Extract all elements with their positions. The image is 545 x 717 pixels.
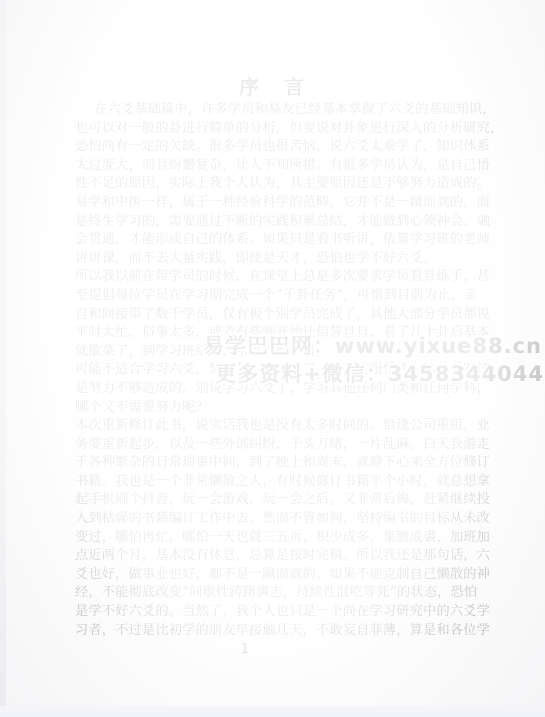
body-line: 变过，哪怕再忙，哪怕一天也就三五页，积少成多，集腋成裘，加班加 bbox=[75, 529, 479, 548]
body-line: 也可以对一般的卦进行简单的分析，但要说对卦象进行深入的分析研究， bbox=[75, 120, 479, 139]
body-line: 入到枯燥的书籍编订工作中去。然而不管如何，坚持编书的目标从未改 bbox=[75, 510, 479, 529]
body-line: 务要重新起步，以及一些外部纠纷，千头万绪，一片乱麻。白天我游走 bbox=[75, 436, 479, 455]
body-line: 起手机刷个抖音，玩一会游戏，玩一会之后，又非常后悔，赶紧继续投 bbox=[75, 491, 479, 510]
body-line: 恐怕尚有一定的欠缺。很多学员也很苦恼，说六爻太难学了，知识体系 bbox=[75, 138, 479, 157]
body-line: 点近两个月，基本没有休息，总算是按时完稿。所以我还是那句话，六 bbox=[75, 547, 479, 566]
body-line: 会贯通，才能形成自己的体系。如果只是看书听讲，依靠学习班的老师 bbox=[75, 231, 479, 250]
body-line: 太过庞大，而且纷繁复杂，让人不知所措。有很多学员认为，是自己悟 bbox=[75, 157, 479, 176]
body-line: 自和间接带了数千学员，仅有极个别学员完成了，其他大部分学员都说 bbox=[75, 306, 479, 325]
page-number: 1 bbox=[0, 642, 490, 657]
body-line: 是终生学习的，需要通过不断的实践积累总结，才能做到心领神会、融 bbox=[75, 213, 479, 232]
body-line: 至提倡每位学员在学习期完成一个“千卦任务”，可惜到目前为止，亲 bbox=[75, 287, 479, 306]
body-line: 书籍。我也是一个非常懒散之人，有时候修订书籍半个小时，就总想拿 bbox=[75, 473, 479, 492]
body-line: 本次重新修订此书，说实话我也是没有太多时间的。恰逢公司重组，业 bbox=[75, 417, 479, 436]
body-line: 性不足的原因，实际上我个人认为，其主要原因还是不够努力造成的。 bbox=[75, 175, 479, 194]
body-line: 哪个又不需要努力呢？ bbox=[75, 399, 479, 418]
body-line: 习者，不过是比初学的朋友早接触几天，不敢妄自菲薄，算是和各位学 bbox=[75, 622, 479, 641]
body-line: 爻也好，做事业也好，都不是一蹴而就的。如果不能克制自己懒散的神 bbox=[75, 566, 479, 585]
scanned-book-page: 序 言 在六爻基础篇中，许多学员和易友已经基本掌握了六爻的基础知识， 也可以对一… bbox=[0, 0, 545, 717]
page-bottom-edge-shadow bbox=[0, 706, 545, 717]
page-left-edge-shadow bbox=[0, 0, 6, 717]
body-line: 于各种繁杂的日常琐事中间，到了晚上和周末，就静下心来全方位修订 bbox=[75, 454, 479, 473]
body-line: 是学不好六爻的。当然了，我个人也只是一个尚在学习研究中的六爻学 bbox=[75, 603, 479, 622]
page-title: 序 言 bbox=[0, 71, 545, 100]
watermark-site-url: 易学巴巴网：www.yixue88.cn bbox=[203, 330, 542, 360]
body-line: 易学和中医一样，属于一种经验科学的范畴，它并不是一蹴而就的，而 bbox=[75, 194, 479, 213]
body-line: 在六爻基础篇中，许多学员和易友已经基本掌握了六爻的基础知识， bbox=[75, 101, 479, 120]
watermark-wechat-contact: 更多资料+微信：3458344044 bbox=[215, 358, 544, 388]
body-line: 讲讲课，而不去大量实践，即使是天才，恐怕也学不好六爻。 bbox=[75, 250, 479, 269]
body-line: 所以我以前在带学员的时候，在课堂上总是多次要求学员看卦练手，甚 bbox=[75, 268, 479, 287]
body-line: 经，不能彻底改变“间歇性踌躇满志，持续性混吃等死”的状态，恐怕 bbox=[75, 584, 479, 603]
